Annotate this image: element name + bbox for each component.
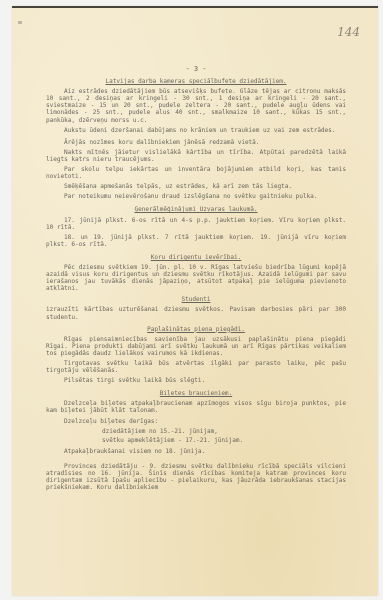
paragraph: Provinces dziedātāju - 9. dziesmu svētku… (46, 463, 346, 491)
paragraph: Aiz estrādes dziedātājiem būs atsevišķs … (46, 88, 346, 123)
paragraph: Ārējās nozīmes koru dalībniekiem jānēsā … (46, 139, 346, 146)
handwritten-page-number: 144 (337, 25, 360, 39)
paragraph: Dzelzceļa biļetes atpakaļbraucienam apzī… (46, 400, 346, 414)
paragraph: 17. jūnijā plkst. 6-os rītā un 4-s p.p. … (46, 217, 346, 231)
corner-mark (18, 21, 22, 24)
section-heading: Koru dirigentu ievērībai. (46, 254, 346, 261)
validity-line: dziedātājiem no 15.-21. jūnijam, (46, 428, 346, 435)
paragraph: izrauzīti kārtības uzturēšanai dziesmu s… (46, 306, 346, 320)
paragraph: Pilsētas tirgi svētku laikā būs slēgti. (46, 377, 346, 384)
section-heading: Latvijas darba kameras speciālbufete dzi… (46, 78, 346, 85)
paragraph: 18. un 19. jūnijā plkst. 7 rītā jauktiem… (46, 234, 346, 248)
paragraph: Pēc dziesmu svētkiem 19. jūn. pl. 10 v. … (46, 264, 346, 292)
paragraph: Rīgas piensaimniecības savienība jau uzs… (46, 336, 346, 357)
page-number: - 3 - (46, 66, 346, 73)
paragraph: Par noteikumu neievērošanu draud izslēgš… (46, 193, 346, 200)
paragraph: Atpakaļbraukšanai visiem no 18. jūnija. (46, 448, 346, 455)
section-heading: Studenti (46, 296, 346, 303)
paragraph: Nakts mītnēs jāietur vislielākā kārtība … (46, 149, 346, 163)
document-body: - 3 - Latvijas darba kameras speciālbufe… (46, 66, 346, 494)
paragraph: Par skolu telpu iekārtas un inventāra bo… (46, 166, 346, 180)
paragraph: Tirgotavas svētku laikā būs atvērtas ilg… (46, 360, 346, 374)
section-heading: Paplašinātas piena piegādi. (46, 326, 346, 333)
section-heading: Ģenerālmēģinājumi Uzvaras laukumā. (46, 206, 346, 213)
paragraph: Dzelzceļu biļetes derīgas: (46, 418, 346, 425)
document-page: 144 - 3 - Latvijas darba kameras speciāl… (12, 6, 378, 596)
paragraph: Smēķēšana apmešanās telpās, uz estrādes,… (46, 183, 346, 190)
validity-line: svētku apmeklētājiem - 17.-21. jūnijam. (46, 437, 346, 444)
section-heading: Biļetes braucieniem. (46, 390, 346, 397)
paragraph: Aukstu ūdeni dzeršanai dabūjams no krāni… (46, 127, 346, 134)
